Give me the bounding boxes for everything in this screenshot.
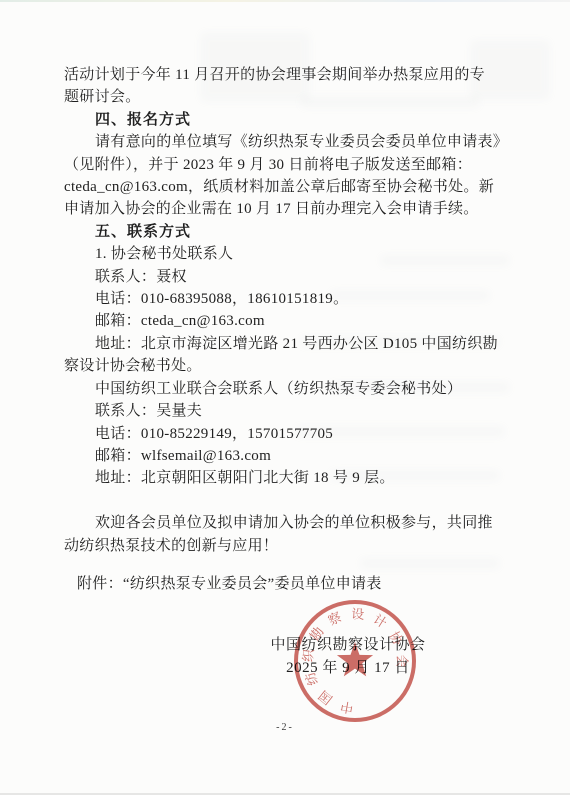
body-line: 申请加入协会的企业需在 10 月 17 日前办理完入会申请手续。 <box>64 198 516 220</box>
seal-star-icon <box>337 642 373 676</box>
contact-email: 邮箱：cteda_cn@163.com <box>64 310 516 332</box>
svg-text:勘: 勘 <box>307 624 327 643</box>
body-line: 动纺织热泵技术的创新与应用！ <box>64 535 516 557</box>
scan-artifact-top-edge <box>0 0 570 2</box>
official-seal: 中国纺织勘察设计协会 <box>289 595 421 727</box>
body-line: 1. 协会秘书处联系人 <box>64 243 516 265</box>
attachment-note: 附件：“纺织热泵专业委员会”委员单位申请表 <box>64 573 516 595</box>
page-number: -2- <box>0 722 570 733</box>
contact-phone: 电话：010-85229149，15701577705 <box>64 423 516 445</box>
body-line: cteda_cn@163.com，纸质材料加盖公章后邮寄至协会秘书处。新 <box>64 176 516 198</box>
body-line: 欢迎各会员单位及拟申请加入协会的单位积极参与，共同推 <box>64 512 516 534</box>
contact-email: 邮箱：wlfsemail@163.com <box>64 445 516 467</box>
svg-text:设: 设 <box>351 606 365 622</box>
body-line: 活动计划于今年 11 月召开的协会理事会期间举办热泵应用的专 <box>64 64 516 86</box>
svg-text:纺: 纺 <box>302 670 321 688</box>
contact-phone: 电话：010-68395088，18610151819。 <box>64 288 516 310</box>
svg-text:计: 计 <box>371 611 390 631</box>
contact-name: 联系人：吴量夫 <box>64 400 516 422</box>
scanned-document-page: 活动计划于今年 11 月召开的协会理事会期间举办热泵应用的专 题研讨会。 四、报… <box>0 0 570 795</box>
contact-address: 地址：北京朝阳区朝阳门北大街 18 号 9 层。 <box>64 467 516 489</box>
svg-text:国: 国 <box>316 688 336 708</box>
contact-name: 联系人：聂权 <box>64 266 516 288</box>
svg-text:协: 协 <box>386 629 406 649</box>
contact-address: 地址：北京市海淀区增光路 21 号西办公区 D105 中国纺织勘 <box>64 333 516 355</box>
svg-text:会: 会 <box>395 654 410 667</box>
svg-text:织: 织 <box>300 647 317 663</box>
section-heading-5: 五、联系方式 <box>64 221 516 243</box>
svg-text:中: 中 <box>339 699 354 716</box>
section-heading-4: 四、报名方式 <box>64 109 516 131</box>
document-body: 活动计划于今年 11 月召开的协会理事会期间举办热泵应用的专 题研讨会。 四、报… <box>64 64 516 595</box>
body-line: 中国纺织工业联合会联系人（纺织热泵专委会秘书处） <box>64 378 516 400</box>
body-line: 请有意向的单位填写《纺织热泵专业委员会委员单位申请表》 <box>64 131 516 153</box>
body-line: 察设计协会秘书处。 <box>64 355 516 377</box>
body-line: 题研讨会。 <box>64 86 516 108</box>
body-line: （见附件），并于 2023 年 9 月 30 日前将电子版发送至邮箱： <box>64 154 516 176</box>
svg-text:察: 察 <box>326 609 344 628</box>
